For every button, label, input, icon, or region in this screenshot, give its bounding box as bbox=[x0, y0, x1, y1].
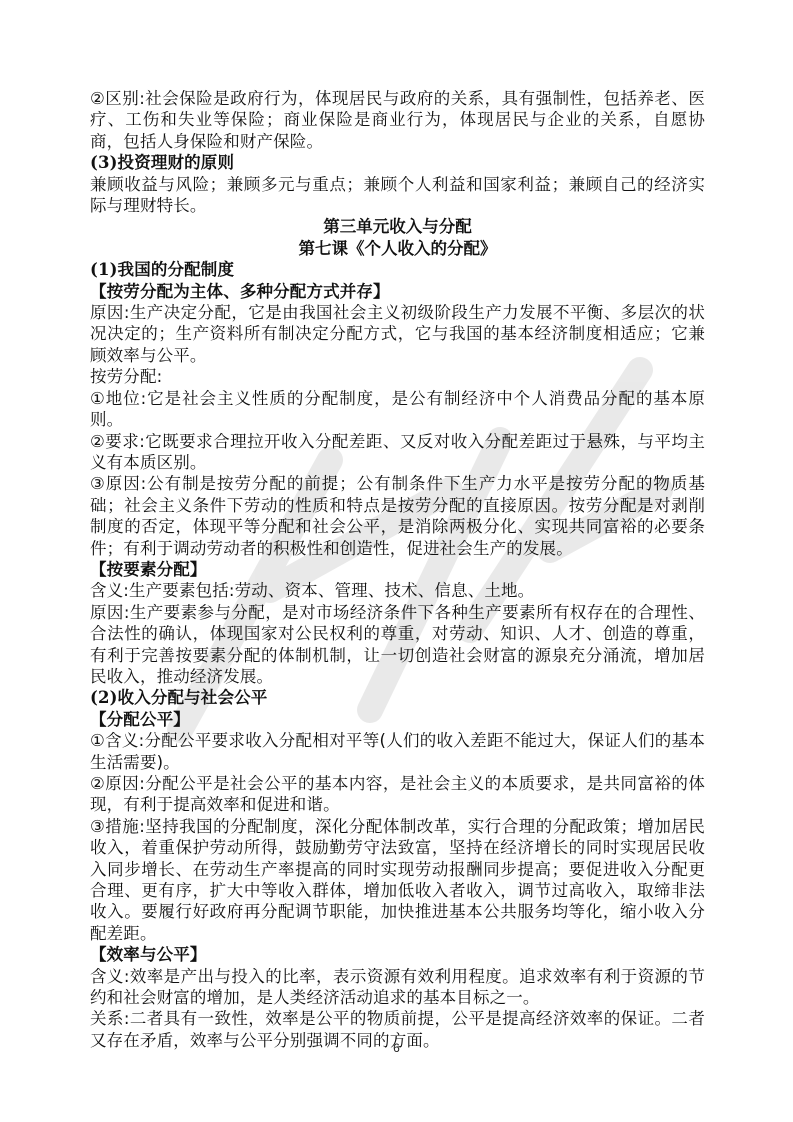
distribution-reason-text: 原因:生产决定分配，它是由我国社会主义初级阶段生产力发展不平衡、多层次的状况决定… bbox=[90, 302, 705, 366]
page-number: 6 bbox=[0, 1041, 793, 1055]
subsection-factor-distribution-heading: 【按要素分配】 bbox=[90, 559, 705, 580]
factor-reason-text: 原因:生产要素参与分配，是对市场经济条件下各种生产要素所有权存在的合理性、合法性… bbox=[90, 602, 705, 688]
fairness-meaning-text: ①含义:分配公平要求收入分配相对平等(人们的收入差距不能过大，保证人们的基本生活… bbox=[90, 730, 705, 773]
labor-status-text: ①地位:它是社会主义性质的分配制度，是公有制经济中个人消费品分配的基本原则。 bbox=[90, 388, 705, 431]
subsection-efficiency-fairness-heading: 【效率与公平】 bbox=[90, 944, 705, 965]
unit-title: 第三单元收入与分配 bbox=[90, 216, 705, 237]
efficiency-meaning-text: 含义:效率是产出与投入的比率，表示资源有效利用程度。追求效率有利于资源的节约和社… bbox=[90, 966, 705, 1009]
factor-meaning-text: 含义:生产要素包括:劳动、资本、管理、技术、信息、土地。 bbox=[90, 580, 705, 601]
labor-requirement-text: ②要求:它既要求合理拉开收入分配差距、又反对收入分配差距过于悬殊，与平均主义有本… bbox=[90, 431, 705, 474]
labor-distribution-label: 按劳分配: bbox=[90, 366, 705, 387]
lesson-title: 第七课《个人收入的分配》 bbox=[90, 238, 705, 259]
investment-principles-text: 兼顾收益与风险；兼顾多元与重点；兼顾个人利益和国家利益；兼顾自己的经济实际与理财… bbox=[90, 174, 705, 217]
fairness-measures-text: ③措施:坚持我国的分配制度，深化分配体制改革，实行合理的分配政策；增加居民收入，… bbox=[90, 816, 705, 944]
section-2-heading: (2)收入分配与社会公平 bbox=[90, 687, 705, 708]
document-page: ②区别:社会保险是政府行为，体现居民与政府的关系，具有强制性，包括养老、医疗、工… bbox=[90, 88, 705, 1051]
section-1-heading: (1)我国的分配制度 bbox=[90, 259, 705, 280]
investment-principles-heading: (3)投资理财的原则 bbox=[90, 152, 705, 173]
insurance-difference-text: ②区别:社会保险是政府行为，体现居民与政府的关系，具有强制性，包括养老、医疗、工… bbox=[90, 88, 705, 152]
subsection-distribution-fairness-heading: 【分配公平】 bbox=[90, 709, 705, 730]
subsection-labor-distribution-heading: 【按劳分配为主体、多种分配方式并存】 bbox=[90, 281, 705, 302]
fairness-reason-text: ②原因:分配公平是社会公平的基本内容，是社会主义的本质要求，是共同富裕的体现，有… bbox=[90, 773, 705, 816]
labor-reason-text: ③原因:公有制是按劳分配的前提；公有制条件下生产力水平是按劳分配的物质基础；社会… bbox=[90, 473, 705, 559]
